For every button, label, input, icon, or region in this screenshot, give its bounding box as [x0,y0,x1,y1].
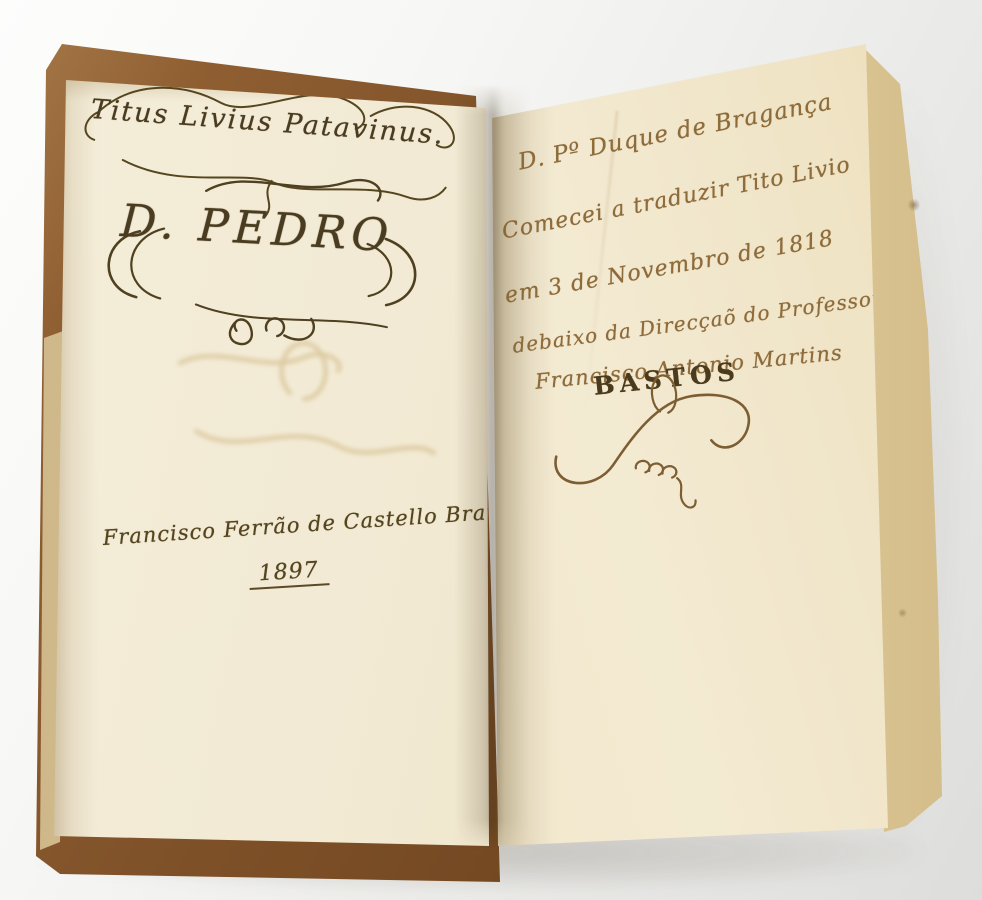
fore-edge-stain [898,608,907,618]
fore-edge-stain [908,198,920,212]
signature-flourish-icon [540,373,786,515]
gutter-shadow [455,84,531,850]
book-photograph: Titus Livius Patavinus. D. PEDRO Francis… [0,0,982,900]
show-through-ghost-text [140,335,460,485]
name-flourish-icon [74,156,453,356]
owner-year: 1897 [248,557,330,590]
inscription-line-1: D. Pº Duque de Bragança [516,89,835,176]
